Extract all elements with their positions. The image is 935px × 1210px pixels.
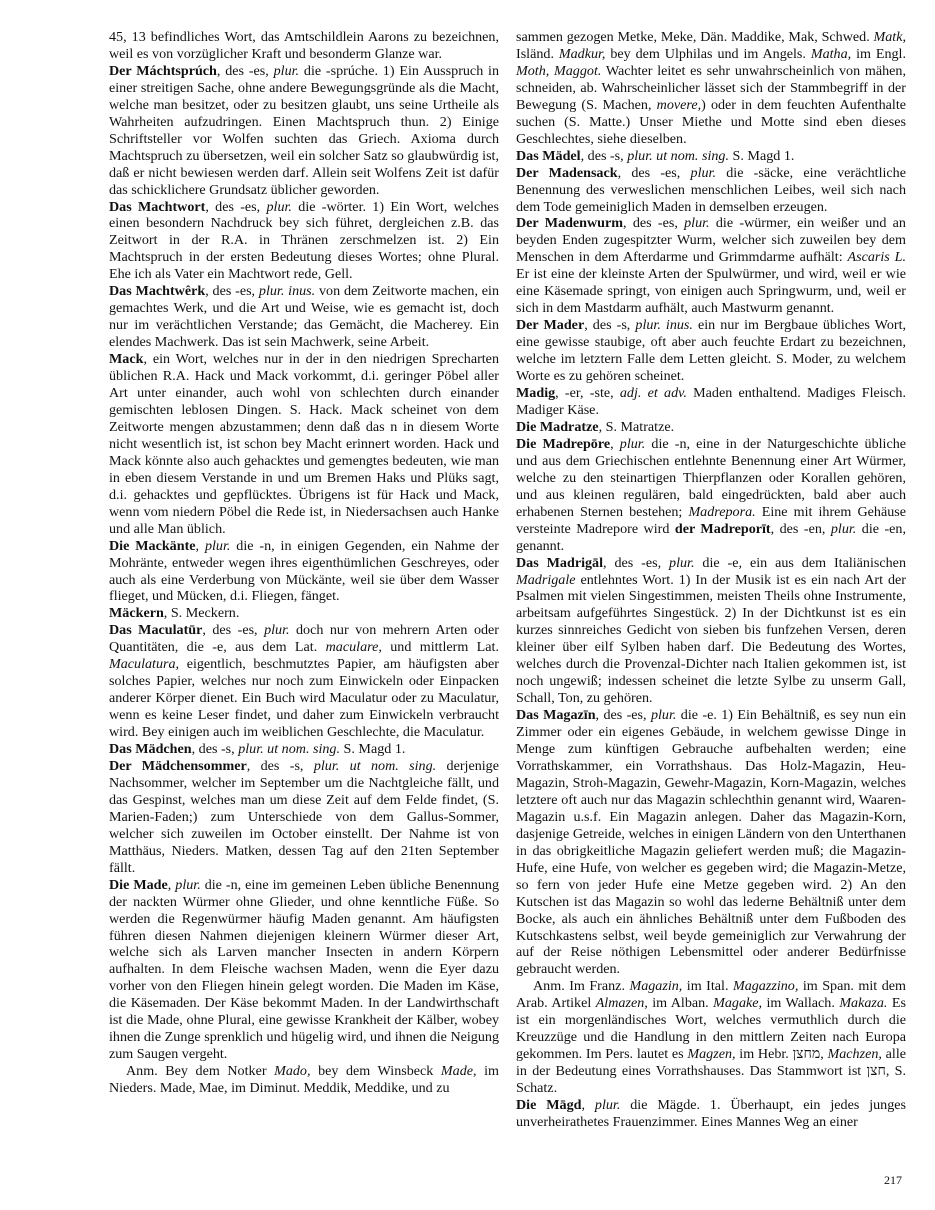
- entry-text: , des -es,: [205, 199, 266, 215]
- italic-term: Moth, Maggot.: [516, 63, 601, 79]
- dictionary-entry-maculatur: Das Maculatūr, des -es, plur. doch nur v…: [109, 622, 499, 741]
- entry-text: Anm. Bey dem Notker: [126, 1063, 274, 1079]
- bold-term: der Madreporīt: [675, 521, 771, 537]
- entry-text: ,: [196, 538, 205, 554]
- headword: Der Máchtsprúch: [109, 63, 217, 79]
- italic-term: Ascaris L.: [847, 249, 906, 265]
- entry-text: die -e, ein aus dem Italiänischen: [695, 555, 907, 571]
- dictionary-page: 45, 13 befindliches Wort, das Amtschildl…: [0, 0, 935, 1210]
- dictionary-entry-machtwort: Das Machtwort, des -es, plur. die -wörte…: [109, 199, 499, 284]
- headword: Das Machtwort: [109, 199, 205, 215]
- dictionary-entry-maedchen: Das Mädchen, des -s, plur. ut nom. sing.…: [109, 741, 499, 758]
- dictionary-entry-cont-amtschild: 45, 13 befindliches Wort, das Amtschildl…: [109, 29, 499, 63]
- dictionary-entry-maeckern: Mäckern, S. Meckern.: [109, 605, 499, 622]
- italic-term: plur.: [267, 199, 292, 215]
- italic-term: plur.: [264, 622, 289, 638]
- dictionary-entry-mader: Der Mader, des -s, plur. inus. ein nur i…: [516, 317, 906, 385]
- dictionary-entry-machtspruch: Der Máchtsprúch, des -es, plur. die -spr…: [109, 63, 499, 199]
- entry-text: im Alban.: [648, 995, 713, 1011]
- headword: Die Madratze: [516, 419, 599, 435]
- dictionary-entry-madrigal: Das Madrigāl, des -es, plur. die -e, ein…: [516, 555, 906, 708]
- headword: Die Mackänte: [109, 538, 196, 554]
- italic-term: plur.: [205, 538, 230, 554]
- dictionary-entry-magazin: Das Magazīn, des -es, plur. die -e. 1) E…: [516, 707, 906, 978]
- headword: Das Mädel: [516, 148, 581, 164]
- italic-term: plur.: [669, 555, 694, 571]
- entry-text: Anm. Im Franz.: [533, 978, 629, 994]
- entry-text: , des -en,: [771, 521, 831, 537]
- dictionary-entry-maedel: Das Mädel, des -s, plur. ut nom. sing. S…: [516, 148, 906, 165]
- italic-term: plur. ut nom. sing.: [627, 148, 729, 164]
- italic-term: Maculatura,: [109, 656, 179, 672]
- italic-term: Magzen,: [687, 1046, 735, 1062]
- entry-text: , des -s,: [581, 148, 628, 164]
- dictionary-entry-made-anm-cont: sammen gezogen Metke, Meke, Dän. Maddike…: [516, 29, 906, 148]
- entry-text: , des -s,: [192, 741, 239, 757]
- italic-term: Magake,: [713, 995, 762, 1011]
- dictionary-entry-made-anm: Anm. Bey dem Notker Mado, bey dem Winsbe…: [109, 1063, 499, 1097]
- entry-text: , S. Matratze.: [599, 419, 675, 435]
- dictionary-entry-madig: Madig, -er, -ste, adj. et adv. Maden ent…: [516, 385, 906, 419]
- entry-text: , ein Wort, welches nur in der in den ni…: [109, 351, 499, 537]
- entry-text: und mittlerm Lat.: [382, 639, 499, 655]
- entry-text: , des -es,: [202, 622, 264, 638]
- italic-term: plur.: [684, 215, 709, 231]
- entry-text: , des -es,: [217, 63, 274, 79]
- entry-text: derjenige Nachsommer, welcher im Septemb…: [109, 758, 499, 876]
- entry-text: , -er, -ste,: [555, 385, 620, 401]
- italic-term: plur.: [175, 877, 200, 893]
- entry-text: , des -s,: [247, 758, 314, 774]
- entry-text: im Engl.: [851, 46, 906, 62]
- entry-text: im Ital.: [682, 978, 733, 994]
- entry-text: , des -es,: [603, 555, 669, 571]
- entry-text: , S. Meckern.: [164, 605, 240, 621]
- italic-term: Matha,: [811, 46, 851, 62]
- italic-term: plur. ut nom. sing.: [238, 741, 340, 757]
- dictionary-entry-mack: Mack, ein Wort, welches nur in der in de…: [109, 351, 499, 537]
- entry-text: , des -es,: [623, 215, 684, 231]
- headword: Die Madrepōre: [516, 436, 610, 452]
- dictionary-entry-magazin-anm: Anm. Im Franz. Magazin, im Ital. Magazzi…: [516, 978, 906, 1097]
- italic-term: Mado,: [274, 1063, 310, 1079]
- dictionary-entry-madratze: Die Madratze, S. Matratze.: [516, 419, 906, 436]
- dictionary-entry-mackaente: Die Mackänte, plur. die -n, in einigen G…: [109, 538, 499, 606]
- entry-text: bey dem Ulphilas und im Angels.: [605, 46, 810, 62]
- headword: Der Madensack: [516, 165, 618, 181]
- italic-term: plur.: [651, 707, 676, 723]
- italic-term: movere,: [657, 97, 701, 113]
- page-number: 217: [884, 1173, 902, 1188]
- right-column: sammen gezogen Metke, Meke, Dän. Maddike…: [516, 29, 906, 1131]
- italic-term: Matk,: [874, 29, 906, 45]
- italic-term: Machzen,: [828, 1046, 882, 1062]
- dictionary-entry-madenwurm: Der Madenwurm, des -es, plur. die -würme…: [516, 215, 906, 317]
- left-column: 45, 13 befindliches Wort, das Amtschildl…: [109, 29, 499, 1097]
- italic-term: plur.: [274, 63, 299, 79]
- entry-text: , des -es,: [618, 165, 691, 181]
- entry-text: Er ist eine der kleinste Arten der Spulw…: [516, 266, 906, 316]
- italic-term: adj. et adv.: [620, 385, 687, 401]
- italic-term: maculare,: [326, 639, 382, 655]
- entry-text: , des -es,: [205, 283, 259, 299]
- entry-text: S. Magd 1.: [340, 741, 405, 757]
- entry-text: entlehntes Wort. 1) In der Musik ist es …: [516, 572, 906, 707]
- headword: Der Madenwurm: [516, 215, 623, 231]
- italic-term: Almazen,: [596, 995, 648, 1011]
- entry-text: 45, 13 befindliches Wort, das Amtschildl…: [109, 29, 499, 62]
- italic-term: Makaza.: [839, 995, 887, 1011]
- italic-term: plur.: [691, 165, 716, 181]
- italic-term: Madrigale: [516, 572, 576, 588]
- headword: Der Mädchensommer: [109, 758, 247, 774]
- italic-term: plur. ut nom. sing.: [314, 758, 436, 774]
- entry-text: S. Magd 1.: [729, 148, 794, 164]
- headword: Die Made: [109, 877, 168, 893]
- dictionary-entry-magd: Die Māgd, plur. die Mägde. 1. Überhaupt,…: [516, 1097, 906, 1131]
- entry-text: bey dem Winsbeck: [311, 1063, 441, 1079]
- entry-text: sammen gezogen Metke, Meke, Dän. Maddike…: [516, 29, 874, 45]
- headword: Madig: [516, 385, 555, 401]
- headword: Das Magazīn: [516, 707, 596, 723]
- entry-text: , des -s,: [584, 317, 635, 333]
- headword: Das Mädchen: [109, 741, 192, 757]
- entry-text: ,: [581, 1097, 594, 1113]
- dictionary-entry-made: Die Made, plur. die -n, eine im gemeinen…: [109, 877, 499, 1063]
- italic-term: Magazzino,: [733, 978, 798, 994]
- italic-term: plur.: [831, 521, 856, 537]
- dictionary-entry-maedchensommer: Der Mädchensommer, des -s, plur. ut nom.…: [109, 758, 499, 877]
- dictionary-entry-machtwerk: Das Machtwêrk, des -es, plur. inus. von …: [109, 283, 499, 351]
- italic-term: plur. inus.: [635, 317, 693, 333]
- entry-text: , des -es,: [596, 707, 651, 723]
- entry-text: die -sprúche. 1) Ein Ausspruch in einer …: [109, 63, 499, 198]
- entry-text: Isländ.: [516, 46, 559, 62]
- italic-term: plur.: [595, 1097, 620, 1113]
- italic-term: plur. inus.: [259, 283, 315, 299]
- italic-term: Made,: [441, 1063, 477, 1079]
- headword: Das Maculatūr: [109, 622, 202, 638]
- dictionary-entry-madensack: Der Madensack, des -es, plur. die -säcke…: [516, 165, 906, 216]
- entry-text: ,: [610, 436, 620, 452]
- headword: Die Māgd: [516, 1097, 581, 1113]
- entry-text: im Wallach.: [762, 995, 839, 1011]
- italic-term: Madrepora.: [688, 504, 755, 520]
- entry-text: die -n, eine im gemeinen Leben übliche B…: [109, 877, 499, 1063]
- dictionary-entry-madrepore: Die Madrepōre, plur. die -n, eine in der…: [516, 436, 906, 555]
- italic-term: Madkur,: [559, 46, 606, 62]
- headword: Mack: [109, 351, 143, 367]
- headword: Das Machtwêrk: [109, 283, 205, 299]
- headword: Der Mader: [516, 317, 584, 333]
- headword: Das Madrigāl: [516, 555, 603, 571]
- entry-text: die -e. 1) Ein Behältniß, es sey nun ein…: [516, 707, 906, 977]
- italic-term: plur.: [620, 436, 645, 452]
- headword: Mäckern: [109, 605, 164, 621]
- entry-text: im Hebr. מחצן,: [736, 1046, 828, 1062]
- italic-term: Magazin,: [629, 978, 682, 994]
